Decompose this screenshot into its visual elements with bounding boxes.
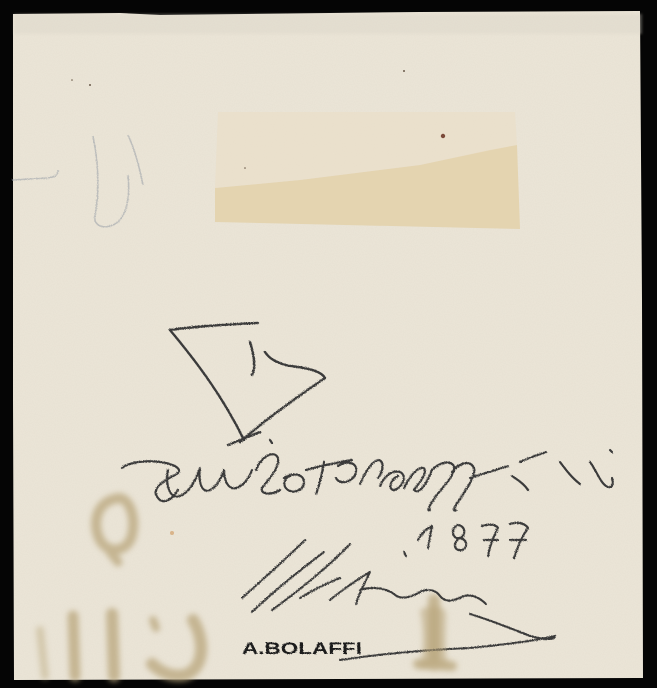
svg-text:A.BOLAFFI: A.BOLAFFI	[242, 639, 362, 658]
top-shadow	[14, 14, 642, 34]
stain-spot	[420, 606, 448, 667]
bolaffi-handstamp: A.BOLAFFI	[242, 639, 362, 658]
stamp-back-photo: A.BOLAFFI	[0, 0, 657, 688]
paper-grain	[13, 11, 643, 680]
